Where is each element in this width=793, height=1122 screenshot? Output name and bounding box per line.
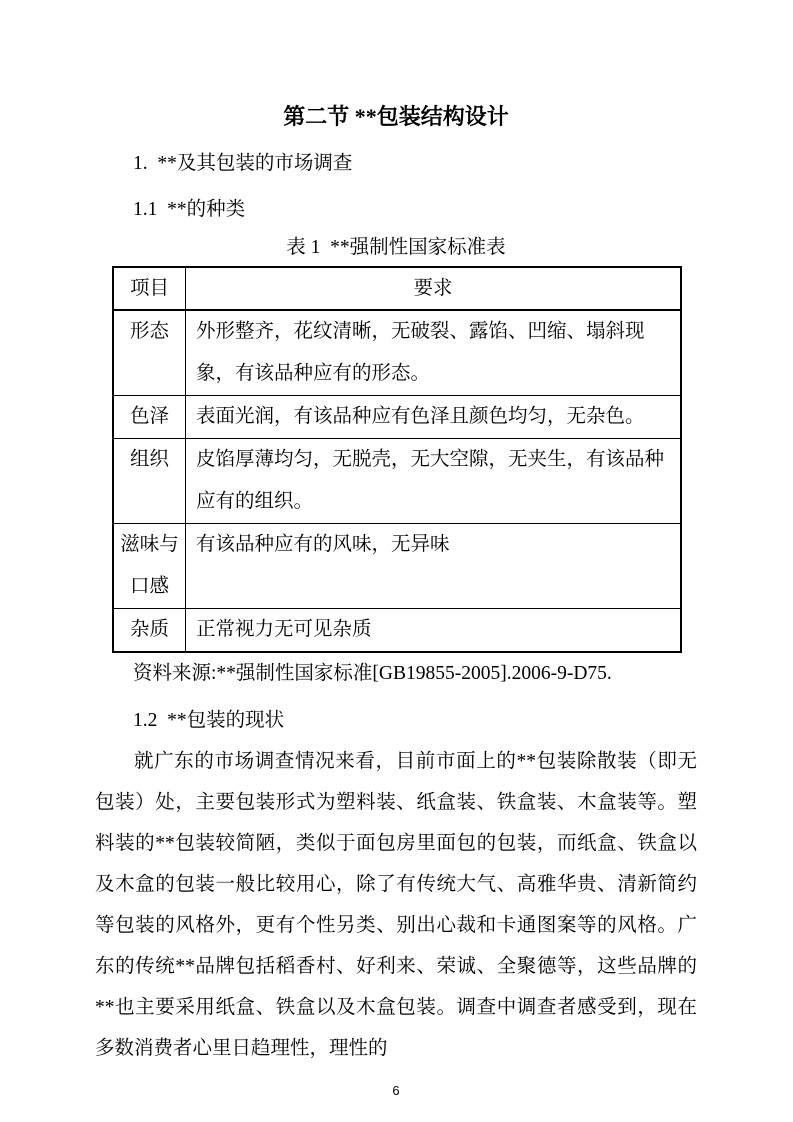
table-row: 色泽 表面光润，有该品种应有色泽且颜色均匀，无杂色。 [113, 396, 681, 439]
row-requirement: 有该品种应有的风味，无异味 [186, 524, 682, 609]
body-paragraph: 就广东的市场调查情况来看，目前市面上的**包装除散装（即无包装）处，主要包装形式… [95, 741, 697, 1069]
table-row: 滋味与口感 有该品种应有的风味，无异味 [113, 524, 681, 609]
table-source-note: 资料来源:**强制性国家标准[GB19855-2005].2006-9-D75. [95, 653, 697, 694]
row-requirement: 表面光润，有该品种应有色泽且颜色均匀，无杂色。 [186, 396, 682, 439]
row-requirement: 皮馅厚薄均匀，无脱壳，无大空隙，无夹生，有该品种应有的组织。 [186, 439, 682, 524]
row-requirement: 正常视力无可见杂质 [186, 609, 682, 653]
section-title: 第二节 **包装结构设计 [95, 102, 697, 132]
standards-table: 项目 要求 形态 外形整齐，花纹清晰，无破裂、露馅、凹缩、塌斜现象，有该品种应有… [112, 266, 682, 653]
table-header-row: 项目 要求 [113, 267, 681, 310]
row-item-label: 色泽 [113, 396, 186, 439]
heading-1-1: 1.1 **的种类 [95, 189, 697, 230]
row-item-label: 杂质 [113, 609, 186, 653]
row-item-label: 形态 [113, 310, 186, 396]
heading-1-2: 1.2 **包装的现状 [95, 700, 697, 741]
row-item-label: 滋味与口感 [113, 524, 186, 609]
table-row: 杂质 正常视力无可见杂质 [113, 609, 681, 653]
table-row: 组织 皮馅厚薄均匀，无脱壳，无大空隙，无夹生，有该品种应有的组织。 [113, 439, 681, 524]
column-header-item: 项目 [113, 267, 186, 310]
row-requirement: 外形整齐，花纹清晰，无破裂、露馅、凹缩、塌斜现象，有该品种应有的形态。 [186, 310, 682, 396]
column-header-requirement: 要求 [186, 267, 682, 310]
heading-1: 1. **及其包装的市场调查 [95, 143, 697, 184]
page-number: 6 [95, 1083, 697, 1099]
document-page: 第二节 **包装结构设计 1. **及其包装的市场调查 1.1 **的种类 表 … [0, 0, 793, 1122]
row-item-label: 组织 [113, 439, 186, 524]
table-caption: 表 1 **强制性国家标准表 [95, 230, 697, 266]
table-row: 形态 外形整齐，花纹清晰，无破裂、露馅、凹缩、塌斜现象，有该品种应有的形态。 [113, 310, 681, 396]
